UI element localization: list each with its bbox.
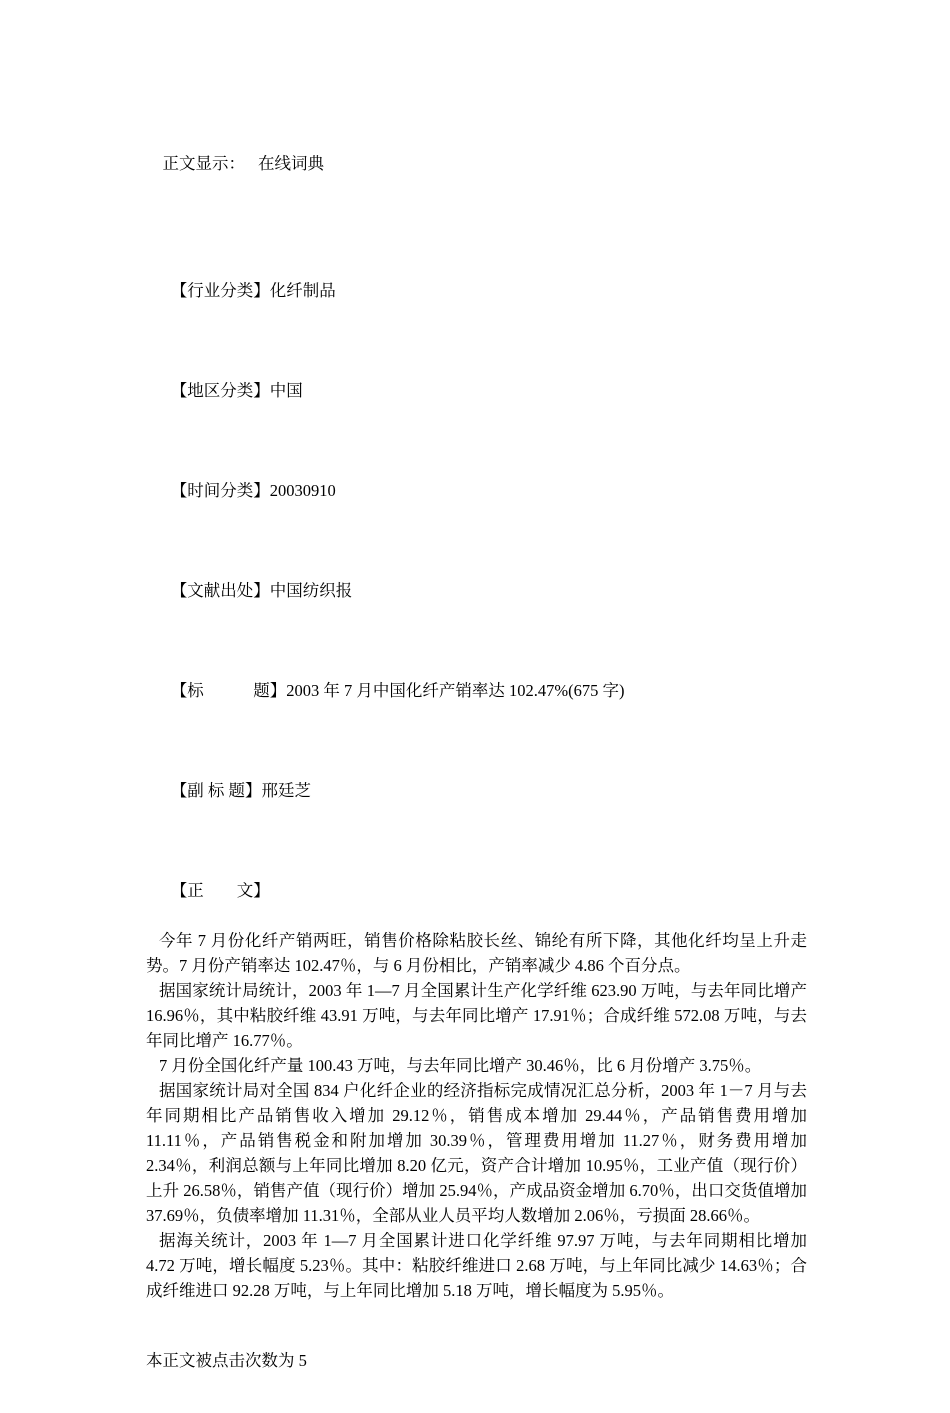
display-mode-label: 正文显示： — [163, 154, 246, 173]
meta-row-industry: 【行业分类】化纤制品 — [146, 253, 807, 328]
meta-row-date: 【时间分类】20030910 — [146, 453, 807, 528]
hit-count-text: 本正文被点击次数为 5 — [146, 1348, 807, 1373]
meta-row-title: 【标 题】2003 年 7 月中国化纤产销率达 102.47%(675 字) — [146, 653, 807, 728]
article-meta: 【行业分类】化纤制品 【地区分类】中国 【时间分类】20030910 【文献出处… — [146, 253, 807, 928]
article-author: 邢廷芝 — [262, 781, 312, 800]
body-paragraph: 据国家统计局统计，2003 年 1—7 月全国累计生产化学纤维 623.90 万… — [146, 978, 807, 1053]
meta-label-title: 【标 题】 — [171, 681, 287, 700]
meta-label-date: 【时间分类】 — [171, 481, 270, 500]
meta-row-body-marker: 【正 文】 — [146, 853, 807, 928]
meta-label-source: 【文献出处】 — [171, 581, 270, 600]
meta-label-industry: 【行业分类】 — [171, 281, 270, 300]
document-page: 正文显示：在线词典 【行业分类】化纤制品 【地区分类】中国 【时间分类】2003… — [0, 0, 950, 1413]
meta-label-body-marker: 【正 文】 — [171, 881, 270, 900]
meta-value-region: 中国 — [270, 381, 303, 400]
meta-value-industry: 化纤制品 — [270, 281, 336, 300]
meta-value-date: 20030910 — [270, 481, 336, 500]
meta-row-region: 【地区分类】中国 — [146, 353, 807, 428]
meta-row-subtitle: 【副 标 题】邢廷芝 — [146, 753, 807, 828]
body-paragraph: 据海关统计，2003 年 1—7 月全国累计进口化学纤维 97.97 万吨，与去… — [146, 1228, 807, 1303]
article-body: 今年 7 月份化纤产销两旺，销售价格除粘胶长丝、锦纶有所下降，其他化纤均呈上升走… — [146, 928, 807, 1303]
article-title: 2003 年 7 月中国化纤产销率达 102.47%(675 字) — [286, 681, 624, 700]
meta-value-source: 中国纺织报 — [270, 581, 353, 600]
meta-row-source: 【文献出处】中国纺织报 — [146, 553, 807, 628]
meta-label-subtitle: 【副 标 题】 — [171, 781, 262, 800]
body-paragraph: 7 月份全国化纤产量 100.43 万吨，与去年同比增产 30.46％，比 6 … — [146, 1053, 807, 1078]
display-mode-line: 正文显示：在线词典 — [146, 126, 807, 201]
body-paragraph: 据国家统计局对全国 834 户化纤企业的经济指标完成情况汇总分析，2003 年 … — [146, 1078, 807, 1228]
display-mode-value: 在线词典 — [258, 154, 324, 173]
meta-label-region: 【地区分类】 — [171, 381, 270, 400]
body-paragraph: 今年 7 月份化纤产销两旺，销售价格除粘胶长丝、锦纶有所下降，其他化纤均呈上升走… — [146, 928, 807, 978]
